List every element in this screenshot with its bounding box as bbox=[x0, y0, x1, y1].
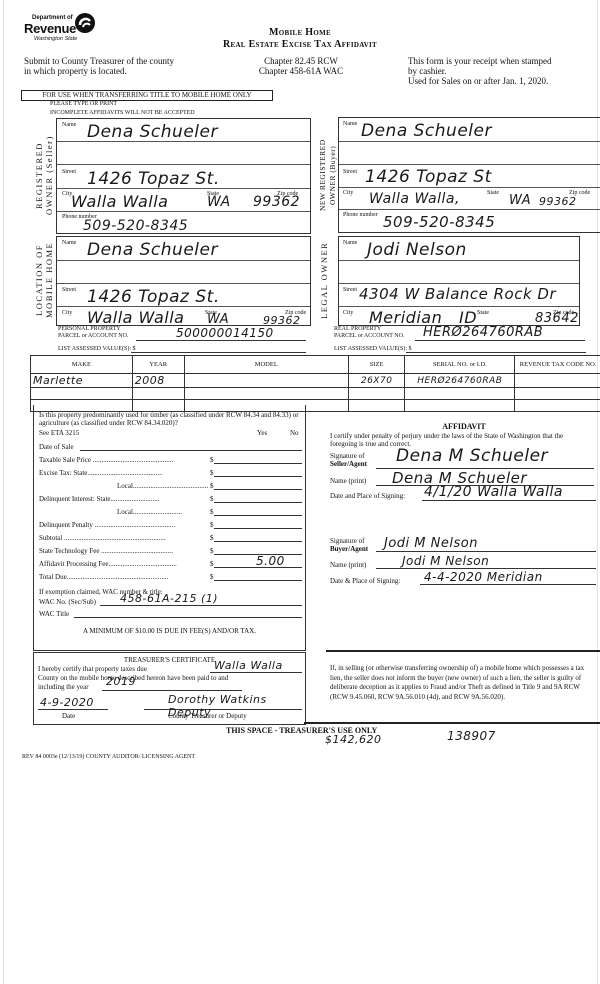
handwritten-amount: $142,620 bbox=[325, 733, 382, 746]
mobile-home-table: MAKE YEAR MODEL SIZE SERIAL NO. or I.D. … bbox=[30, 355, 600, 412]
delinquent-interest-state-label: Delinquent Interest: State..............… bbox=[39, 495, 211, 503]
table-header-row: MAKE YEAR MODEL SIZE SERIAL NO. or I.D. … bbox=[31, 356, 600, 374]
legal-owner-name-field[interactable]: Jodi Nelson bbox=[367, 240, 467, 260]
buyer-street-field[interactable]: 1426 Topaz St bbox=[365, 167, 492, 187]
wac-title-label: WAC Title bbox=[39, 610, 69, 618]
table-row bbox=[31, 388, 600, 400]
size-cell[interactable]: 26X70 bbox=[348, 374, 405, 388]
seller-city-field[interactable]: Walla Walla bbox=[71, 192, 168, 211]
legal-owner-parcel-label: PARCEL or ACCOUNT NO. bbox=[334, 333, 404, 340]
table-row: Marlette 2008 26X70 HERØ264760RAB bbox=[31, 374, 600, 388]
legal-owner-section-label: LEGAL OWNER bbox=[319, 236, 329, 324]
form-title-line1: Mobile Home bbox=[0, 27, 600, 38]
wac-title-field[interactable] bbox=[74, 609, 302, 618]
buyer-affidavit-section: Signature of Buyer/Agent Jodi M Nelson N… bbox=[330, 530, 598, 590]
col-make: MAKE bbox=[31, 356, 133, 374]
location-section-label: LOCATION OF MOBILE HOME bbox=[34, 236, 54, 324]
real-property-label: REAL PROPERTY bbox=[334, 326, 381, 333]
location-parcel-field[interactable]: 500000014150 bbox=[136, 330, 306, 341]
wac-no-field[interactable]: 458-61A-215 (1) bbox=[100, 597, 302, 606]
subtotal-label: Subtotal ...............................… bbox=[39, 534, 211, 542]
wac-no-label: WAC No. (Sec/Sub) bbox=[39, 598, 96, 606]
delinquent-interest-local-field[interactable] bbox=[214, 508, 302, 516]
seller-date-place-field[interactable]: 4/1/20 Walla Walla bbox=[422, 490, 596, 501]
location-assessed-field[interactable] bbox=[131, 345, 306, 353]
seller-sig-label-2: Seller/Agent bbox=[330, 460, 367, 468]
seller-state-field[interactable]: WA bbox=[207, 194, 231, 210]
chapter-rcw: Chapter 82.45 RCW bbox=[256, 56, 346, 66]
col-year: YEAR bbox=[132, 356, 184, 374]
buyer-name-print-field[interactable]: Jodi M Nelson bbox=[376, 559, 596, 569]
delinquent-penalty-label: Delinquent Penalty .....................… bbox=[39, 521, 211, 529]
excise-state-field[interactable] bbox=[214, 469, 302, 477]
seller-signature-field[interactable]: Dena M Schueler bbox=[376, 456, 594, 469]
seller-section-label: REGISTERED OWNER (Seller) bbox=[34, 118, 54, 233]
delinquent-interest-state-field[interactable] bbox=[214, 495, 302, 503]
excise-local-field[interactable] bbox=[214, 482, 302, 490]
legal-owner-assessed-label: LIST ASSESSED VALUE(S): $ bbox=[334, 346, 412, 353]
mobile-home-only-banner: FOR USE WHEN TRANSFERRING TITLE TO MOBIL… bbox=[21, 90, 273, 101]
seller-box: Name Dena Schueler Street 1426 Topaz St.… bbox=[56, 118, 311, 234]
processing-fee-field[interactable]: 5.00 bbox=[214, 560, 302, 568]
buyer-state-field[interactable]: WA bbox=[509, 193, 531, 208]
processing-fee-label: Affidavit Processing Fee................… bbox=[39, 560, 211, 568]
form-title-line2: Real Estate Excise Tax Affidavit bbox=[0, 39, 600, 50]
affidavit-section: AFFIDAVIT I certify under penalty of per… bbox=[330, 412, 598, 512]
timber-no-option[interactable]: No bbox=[290, 429, 299, 437]
submit-note-2: in which property is located. bbox=[24, 66, 127, 76]
excise-state-label: Excise Tax: State.......................… bbox=[39, 469, 211, 477]
tech-fee-label: State Technology Fee ...................… bbox=[39, 547, 211, 555]
buyer-name-print-label: Name (print) bbox=[330, 561, 366, 569]
taxable-price-label: Taxable Sale Price .....................… bbox=[39, 456, 211, 464]
affidavit-title: AFFIDAVIT bbox=[330, 422, 598, 431]
taxable-price-field[interactable] bbox=[214, 456, 302, 464]
treasurer-line1: I hereby certify that property taxes due bbox=[38, 665, 147, 673]
serial-cell[interactable]: HERØ264760RAB bbox=[405, 374, 515, 388]
personal-property-label: PERSONAL PROPERTY bbox=[58, 326, 121, 333]
buyer-signature-field[interactable]: Jodi M Nelson bbox=[376, 542, 596, 552]
buyer-city-field[interactable]: Walla Walla, bbox=[369, 191, 460, 207]
col-model: MODEL bbox=[184, 356, 348, 374]
make-cell[interactable]: Marlette bbox=[31, 374, 133, 388]
buyer-phone-field[interactable]: 509-520-8345 bbox=[383, 213, 495, 231]
scan-edge-left bbox=[3, 0, 4, 984]
seller-street-field[interactable]: 1426 Topaz St. bbox=[87, 169, 220, 189]
treasurer-certificate-box: TREASURER'S CERTIFICATE I hereby certify… bbox=[33, 652, 306, 725]
form-id: REV 84 0003e (12/13/19) COUNTY AUDITOR/ … bbox=[22, 754, 195, 760]
year-cell[interactable]: 2008 bbox=[132, 374, 184, 388]
treasurer-year-field[interactable]: 2019 bbox=[102, 682, 242, 691]
total-due-field[interactable] bbox=[214, 573, 302, 581]
excise-local-label: Local...................................… bbox=[117, 482, 211, 490]
buyer-zip-field[interactable]: 99362 bbox=[539, 195, 577, 208]
location-city-field[interactable]: Walla Walla bbox=[87, 308, 184, 327]
tax-computation-box: Is this property predominantly used for … bbox=[33, 405, 306, 651]
seller-sig-label-1: Signature of bbox=[330, 452, 364, 460]
receipt-note-2: by cashier. bbox=[408, 66, 447, 76]
location-state-field[interactable]: WA bbox=[207, 312, 229, 327]
type-or-print-note: PLEASE TYPE OR PRINT bbox=[50, 101, 117, 108]
buyer-sig-label-1: Signature of bbox=[330, 537, 364, 545]
delinquent-interest-local-label: Local............................ bbox=[117, 508, 211, 516]
lien-notice-bottom-rule bbox=[304, 722, 600, 724]
buyer-box: Name Dena Schueler Street 1426 Topaz St … bbox=[338, 117, 600, 233]
location-street-field[interactable]: 1426 Topaz St. bbox=[87, 287, 220, 307]
seller-phone-field[interactable]: 509-520-8345 bbox=[83, 218, 188, 234]
location-name-field[interactable]: Dena Schueler bbox=[87, 240, 218, 260]
receipt-note-1: This form is your receipt when stamped bbox=[408, 56, 551, 66]
handwritten-number: 138907 bbox=[447, 729, 496, 743]
buyer-date-place-field[interactable]: 4-4-2020 Meridian bbox=[420, 575, 596, 585]
see-eta: See ETA 3215 bbox=[39, 429, 79, 437]
buyer-date-place-label: Date & Place of Signing: bbox=[330, 577, 400, 585]
receipt-note-3: Used for Sales on or after Jan. 1, 2020. bbox=[408, 76, 548, 86]
seller-name-print-label: Name (print) bbox=[330, 477, 366, 485]
buyer-sig-label-2: Buyer/Agent bbox=[330, 545, 368, 553]
seller-date-place-label: Date and Place of Signing: bbox=[330, 492, 405, 500]
incomplete-note: INCOMPLETE AFFIDAVITS WILL NOT BE ACCEPT… bbox=[50, 110, 195, 117]
location-parcel-label: PARCEL or ACCOUNT NO. bbox=[58, 333, 128, 340]
col-revenue-tax-code: REVENUE TAX CODE NO. bbox=[515, 356, 600, 374]
date-of-sale-label: Date of Sale bbox=[39, 443, 74, 451]
col-serial: SERIAL NO. or I.D. bbox=[405, 356, 515, 374]
col-size: SIZE bbox=[348, 356, 405, 374]
location-box: Name Dena Schueler Street 1426 Topaz St.… bbox=[56, 236, 311, 326]
treasurer-signature-field[interactable]: Dorothy Watkins Deputy bbox=[144, 699, 302, 710]
legal-owner-box: Name Jodi Nelson Street 4304 W Balance R… bbox=[338, 236, 580, 326]
chapter-wac: Chapter 458-61A WAC bbox=[256, 66, 346, 76]
buyer-section-label: NEW REGISTERED OWNER (Buyer) bbox=[318, 118, 338, 233]
minimum-due-note: A MINIMUM OF $10.00 IS DUE IN FEE(S) AND… bbox=[34, 627, 305, 635]
treasurer-line3: including the year bbox=[38, 683, 89, 691]
model-cell[interactable] bbox=[184, 374, 348, 388]
treasurer-date-field[interactable]: 4-9-2020 bbox=[38, 699, 108, 710]
buyer-name-field[interactable]: Dena Schueler bbox=[361, 121, 492, 141]
total-due-label: Total Due...............................… bbox=[39, 573, 211, 581]
lien-notice-top-rule bbox=[326, 650, 600, 652]
lien-notice: If, in selling (or otherwise transferrin… bbox=[330, 664, 594, 702]
date-of-sale-field[interactable] bbox=[80, 442, 302, 451]
timber-question: Is this property predominantly used for … bbox=[39, 411, 301, 427]
location-assessed-label: LIST ASSESSED VALUE(S): $ bbox=[58, 346, 136, 353]
seller-name-field[interactable]: Dena Schueler bbox=[87, 122, 218, 142]
submit-note-1: Submit to County Treasurer of the county bbox=[24, 56, 174, 66]
legal-owner-assessed-field[interactable] bbox=[406, 345, 586, 353]
legal-owner-street-field[interactable]: 4304 W Balance Rock Dr bbox=[359, 285, 556, 303]
revenue-code-cell[interactable] bbox=[515, 374, 600, 388]
legal-owner-zip-field[interactable]: 83642 bbox=[535, 311, 579, 326]
legal-owner-parcel-field[interactable]: HERØ264760RAB bbox=[415, 330, 585, 341]
treasurer-date-label: Date bbox=[62, 712, 75, 720]
seller-zip-field[interactable]: 99362 bbox=[253, 194, 300, 210]
treasurer-signature-label: County Treasurer or Deputy bbox=[168, 712, 247, 720]
timber-yes-option[interactable]: Yes bbox=[257, 429, 267, 437]
subtotal-field[interactable] bbox=[214, 534, 302, 542]
delinquent-penalty-field[interactable] bbox=[214, 521, 302, 529]
treasurer-county-field[interactable]: Walla Walla bbox=[210, 664, 302, 673]
